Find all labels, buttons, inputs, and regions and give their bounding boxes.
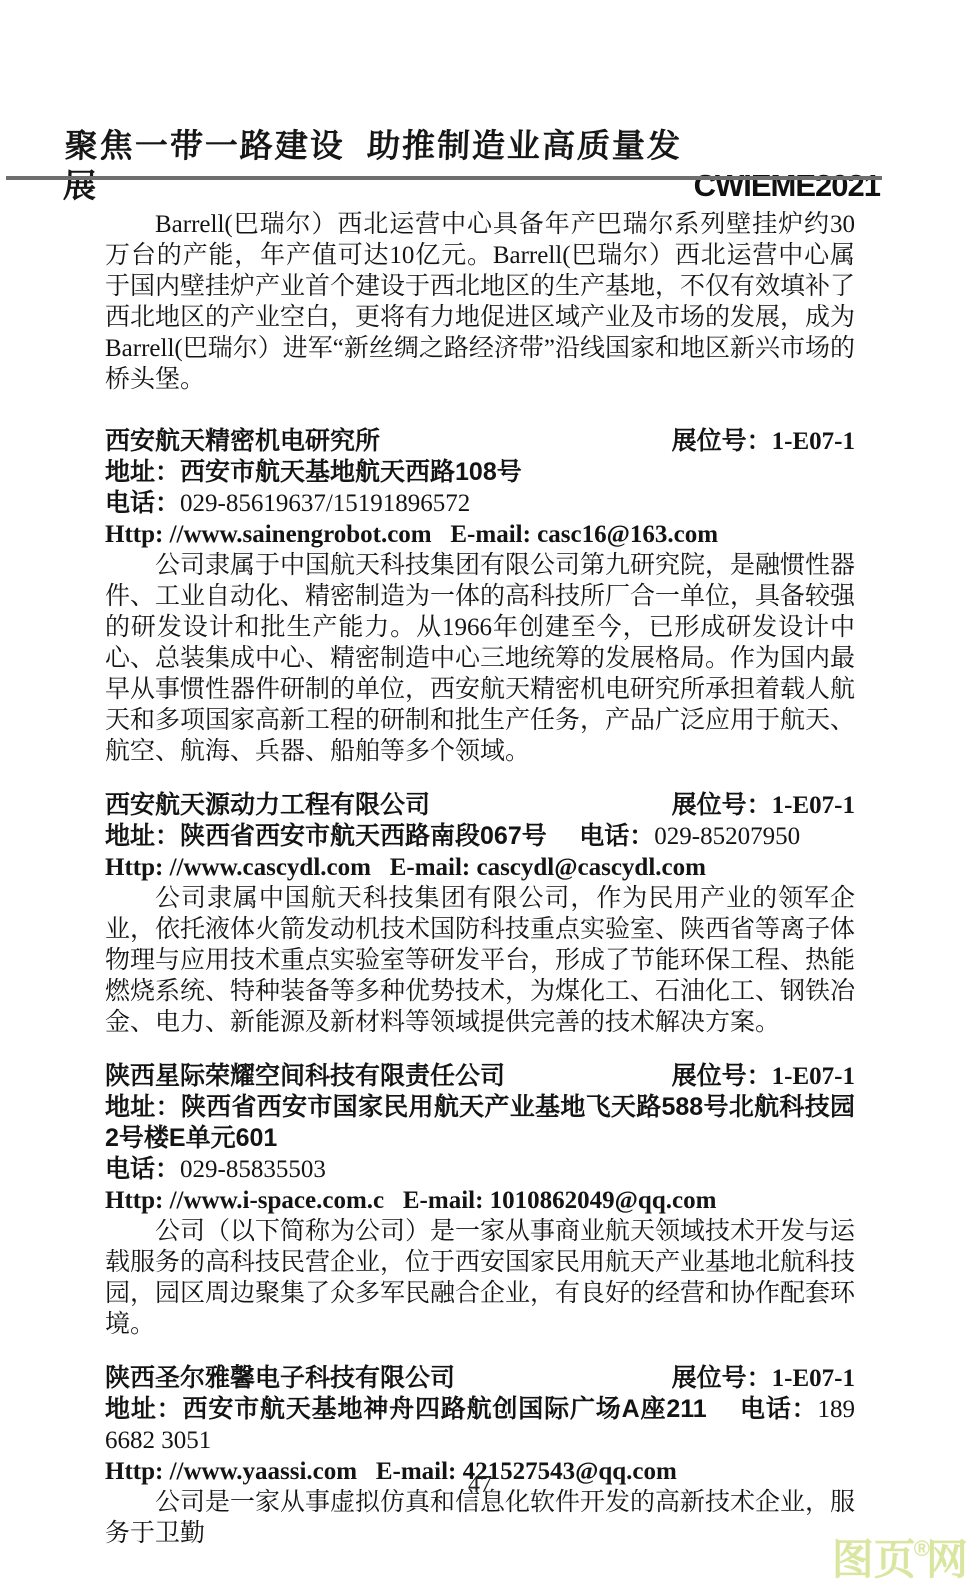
company-block: 西安航天精密机电研究所 展位号：1-E07-1 地址：西安市航天基地航天西路10… (105, 426, 855, 767)
address-value: 陕西省西安市国家民用航天产业基地飞天路588号北航科技园2号楼E单元601 (105, 1093, 855, 1152)
header-slogan: 聚焦一带一路建设 助推制造业高质量发展 (63, 126, 695, 206)
page-header: 聚焦一带一路建设 助推制造业高质量发展 CWIEME2021 (64, 126, 880, 206)
page-content: Barrell(巴瑞尔）西北运营中心具备年产巴瑞尔系列壁挂炉约30万台的产能，年… (105, 209, 855, 1549)
address-label: 地址： (105, 1093, 181, 1121)
address-value: 陕西省西安市航天西路南段067号 (180, 822, 547, 850)
booth-value: 1-E07-1 (772, 792, 855, 819)
watermark-text-right: 网 (926, 1536, 968, 1583)
header-divider (6, 176, 882, 180)
company-header-row: 西安航天源动力工程有限公司 展位号：1-E07-1 (105, 790, 855, 821)
company-header-row: 西安航天精密机电研究所 展位号：1-E07-1 (105, 426, 855, 457)
address-value: 西安市航天基地航天西路108号 (180, 458, 522, 486)
booth-label: 展位号： (672, 1364, 772, 1392)
company-description: 公司（以下简称为公司）是一家从事商业航天领域技术开发与运载服务的高科技民营企业，… (105, 1216, 855, 1340)
phone-value: 029-85207950 (654, 823, 800, 850)
booth-value: 1-E07-1 (772, 1063, 855, 1090)
phone-line: 电话：029-85835503 (105, 1154, 855, 1185)
phone-value: 029-85835503 (180, 1156, 326, 1183)
header-brand: CWIEME2021 (694, 166, 880, 206)
watermark-text-left: 图页 (832, 1536, 916, 1583)
company-header-row: 陕西星际荣耀空间科技有限责任公司 展位号：1-E07-1 (105, 1061, 855, 1092)
booth-label: 展位号： (672, 791, 772, 819)
company-header-row: 陕西圣尔雅馨电子科技有限公司 展位号：1-E07-1 (105, 1363, 855, 1394)
website-email-line: Http: //www.i-space.com.c E-mail: 101086… (105, 1185, 855, 1216)
address-label: 地址： (105, 458, 180, 486)
catalog-page: 聚焦一带一路建设 助推制造业高质量发展 CWIEME2021 Barrell(巴… (0, 0, 980, 1591)
address-line: 地址：西安市航天基地神舟四路航创国际广场A座211电话：189 6682 305… (105, 1394, 855, 1456)
website-email-line: Http: //www.sainengrobot.com E-mail: cas… (105, 519, 855, 550)
company-block: 陕西星际荣耀空间科技有限责任公司 展位号：1-E07-1 地址：陕西省西安市国家… (105, 1061, 855, 1340)
address-line: 地址：陕西省西安市航天西路南段067号电话：029-85207950 (105, 821, 855, 852)
phone-inline: 电话：029-85207950 (579, 823, 800, 850)
page-number: 47 (105, 1470, 855, 1500)
phone-line: 电话：029-85619637/15191896572 (105, 488, 855, 519)
address-label: 地址： (105, 1395, 183, 1423)
phone-value: 029-85619637/15191896572 (180, 490, 470, 517)
company-description: 公司隶属中国航天科技集团有限公司，作为民用产业的领军企业，依托液体火箭发动机技术… (105, 883, 855, 1038)
booth-label: 展位号： (672, 427, 772, 455)
booth-number: 展位号：1-E07-1 (672, 426, 855, 457)
address-value: 西安市航天基地神舟四路航创国际广场A座211 (183, 1395, 707, 1423)
booth-label: 展位号： (672, 1062, 772, 1090)
address-line: 地址：西安市航天基地航天西路108号 (105, 457, 855, 488)
booth-number: 展位号：1-E07-1 (672, 1061, 855, 1092)
address-label: 地址： (105, 822, 180, 850)
website-email-line: Http: //www.cascydl.com E-mail: cascydl@… (105, 852, 855, 883)
company-name: 陕西星际荣耀空间科技有限责任公司 (105, 1061, 505, 1092)
phone-label: 电话： (739, 1395, 817, 1423)
watermark-logo: 图页®网 (832, 1528, 968, 1581)
company-name: 西安航天精密机电研究所 (105, 426, 380, 457)
booth-value: 1-E07-1 (772, 1365, 855, 1392)
company-description: 公司隶属于中国航天科技集团有限公司第九研究院，是融惯性器件、工业自动化、精密制造… (105, 550, 855, 767)
booth-number: 展位号：1-E07-1 (672, 790, 855, 821)
phone-label: 电话： (579, 822, 654, 850)
booth-value: 1-E07-1 (772, 428, 855, 455)
booth-number: 展位号：1-E07-1 (672, 1363, 855, 1394)
company-name: 陕西圣尔雅馨电子科技有限公司 (105, 1363, 455, 1394)
company-block: 陕西圣尔雅馨电子科技有限公司 展位号：1-E07-1 地址：西安市航天基地神舟四… (105, 1363, 855, 1549)
phone-label: 电话： (105, 1155, 180, 1183)
address-line: 地址：陕西省西安市国家民用航天产业基地飞天路588号北航科技园2号楼E单元601 (105, 1092, 855, 1154)
intro-paragraph: Barrell(巴瑞尔）西北运营中心具备年产巴瑞尔系列壁挂炉约30万台的产能，年… (105, 209, 855, 395)
company-block: 西安航天源动力工程有限公司 展位号：1-E07-1 地址：陕西省西安市航天西路南… (105, 790, 855, 1038)
phone-label: 电话： (105, 489, 180, 517)
company-name: 西安航天源动力工程有限公司 (105, 790, 430, 821)
